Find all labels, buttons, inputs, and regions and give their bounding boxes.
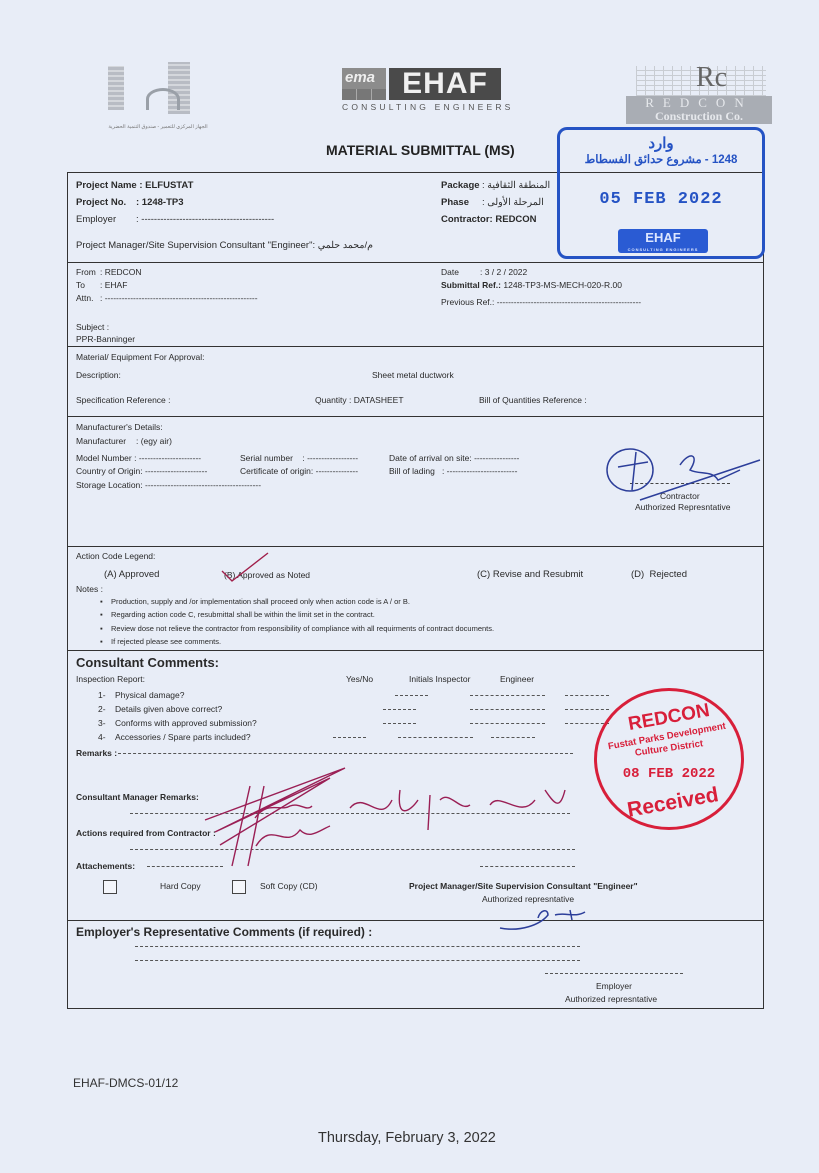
employer-value: : --------------------------------------… [136, 214, 274, 225]
manufacturer-value: : (egy air) [136, 436, 172, 446]
manager-remarks-label: Consultant Manager Remarks: [76, 792, 199, 802]
attn-value: : --------------------------------------… [100, 293, 258, 303]
field-line[interactable] [383, 709, 416, 710]
ehaf-subtitle: CONSULTING ENGINEERS [342, 102, 502, 112]
engineer-sign-subtitle: Authorized represntative [482, 894, 574, 904]
serial-row: Serial number : ------------------ [240, 453, 358, 463]
redcon-name: REDCON [626, 96, 772, 110]
field-line[interactable] [395, 695, 428, 696]
page-title: MATERIAL SUBMITTAL (MS) [326, 142, 515, 158]
certificate-row: Certificate of origin: --------------- [240, 466, 358, 476]
employer-sign-title: Employer [596, 981, 632, 991]
previous-ref-row: Previous Ref.: -------------------------… [441, 297, 641, 307]
contractor-sign-title: Contractor [660, 491, 700, 501]
action-code-heading: Action Code Legend: [76, 551, 155, 561]
divider [67, 650, 764, 651]
ehaf-mark: ema [342, 68, 386, 100]
project-number-label: Project No. [76, 197, 126, 208]
incoming-stamp: وارد 1248 - مشروع حدائق الفسطاط 05 FEB 2… [557, 127, 765, 259]
engineer-sign-title: Project Manager/Site Supervision Consult… [409, 881, 638, 891]
project-name-value: ELFUSTAT [145, 180, 193, 191]
field-line[interactable] [398, 737, 473, 738]
model-row: Model Number : ---------------------- [76, 453, 201, 463]
field-line[interactable] [333, 737, 366, 738]
contractor-sign-subtitle: Authorized Represntative [635, 502, 730, 512]
employer-sign-subtitle: Authorized represntative [565, 994, 657, 1004]
field-line[interactable] [470, 709, 545, 710]
engineer-row: Project Manager/Site Supervision Consult… [76, 240, 373, 251]
to-label: To [76, 280, 85, 290]
subject-label: Subject : [76, 322, 109, 332]
divider [67, 416, 764, 417]
field-line[interactable] [470, 723, 545, 724]
quantity-value: DATASHEET [354, 395, 404, 405]
consultant-heading: Consultant Comments: [76, 655, 219, 670]
redcon-subname: Construction Co. [626, 110, 772, 123]
field-line[interactable] [491, 737, 535, 738]
action-code-a[interactable]: (A) Approved [104, 569, 159, 580]
soft-copy-checkbox[interactable] [232, 880, 246, 894]
package-value: : المنطقة الثقافية [482, 180, 550, 191]
inspection-label: Inspection Report: [76, 674, 145, 684]
redcon-mark: Rc [696, 62, 727, 94]
field-line[interactable] [470, 695, 545, 696]
redcon-logo: Rc REDCON Construction Co. [626, 66, 772, 124]
note-item: ▪ Regarding action code C, resubmittal s… [100, 610, 375, 619]
project-name-row: Project Name : ELFUSTAT [76, 180, 193, 191]
inspection-item: 3- Conforms with approved submission? [98, 718, 257, 728]
divider [67, 262, 764, 263]
actions-line[interactable] [130, 849, 575, 850]
submittal-ref-value: 1248-TP3-MS-MECH-020-R.00 [503, 280, 622, 290]
engineer-value: م/محمد حلمي [318, 240, 373, 251]
storage-row: Storage Location: ----------------------… [76, 480, 261, 490]
attachments-label: Attachements: [76, 861, 135, 871]
subject-value: PPR-Banninger [76, 334, 135, 344]
nucа-logo: الجهاز المركزي للتعمير - صندوق التنمية ا… [88, 62, 218, 130]
lading-row: Bill of lading : -----------------------… [389, 466, 517, 476]
description-value: Sheet metal ductwork [372, 370, 454, 380]
field-line[interactable] [565, 695, 609, 696]
employer-heading: Employer's Representative Comments (if r… [76, 925, 372, 939]
phase-label: Phase [441, 197, 469, 208]
attachments-line[interactable] [147, 866, 223, 867]
material-heading: Material/ Equipment For Approval: [76, 352, 205, 362]
remarks-line[interactable] [118, 753, 573, 754]
from-label: From [76, 267, 96, 277]
action-code-d[interactable]: (D) Rejected [631, 569, 687, 580]
submittal-ref-row: Submittal Ref.: 1248-TP3-MS-MECH-020-R.0… [441, 280, 622, 290]
received-stamp: REDCON Fustat Parks Development Culture … [594, 688, 744, 830]
manufacturer-label: Manufacturer [76, 436, 126, 446]
phase-value: : المرحلة الأولى [482, 197, 544, 208]
date-value: : 3 / 2 / 2022 [480, 267, 527, 277]
employer-signature-line [545, 973, 683, 974]
spec-ref-label: Specification Reference : [76, 395, 171, 405]
ehaf-wordmark: EHAF [389, 68, 501, 100]
project-number-value: : 1248-TP3 [136, 197, 184, 208]
origin-row: Country of Origin: ---------------------… [76, 466, 207, 476]
inspection-item: 2- Details given above correct? [98, 704, 222, 714]
divider [67, 920, 764, 921]
date-label: Date [441, 267, 459, 277]
divider [67, 346, 764, 347]
employer-label: Employer [76, 214, 116, 225]
stamp-incoming-date: 05 FEB 2022 [560, 190, 762, 209]
stamp-project-line: 1248 - مشروع حدائق الفسطاط [560, 152, 762, 166]
document-page: الجهاز المركزي للتعمير - صندوق التنمية ا… [0, 0, 819, 1173]
note-item: ▪ Review dose not relieve the contractor… [100, 624, 494, 633]
note-item: ▪ Production, supply and /or implementat… [100, 597, 410, 606]
col-yes-no: Yes/No [346, 674, 373, 684]
received-stamp-date: 08 FEB 2022 [597, 766, 741, 782]
manager-remarks-line[interactable] [130, 813, 570, 814]
package-label: Package [441, 180, 480, 191]
attn-label: Attn. [76, 293, 93, 303]
stamp-incoming-word: وارد [560, 134, 762, 152]
remarks-label: Remarks : [76, 748, 117, 758]
employer-comment-line[interactable] [135, 960, 580, 961]
notes-label: Notes : [76, 584, 103, 594]
from-value: : REDCON [100, 267, 142, 277]
action-code-b[interactable]: (B) Approved as Noted [224, 570, 310, 580]
inspection-item: 4- Accessories / Spare parts included? [98, 732, 251, 742]
employer-comment-line[interactable] [135, 946, 580, 947]
field-line[interactable] [565, 709, 609, 710]
stamp-ehaf-badge: EHAFCONSULTING ENGINEERS [618, 229, 708, 253]
description-label: Description: [76, 370, 121, 380]
actions-label: Actions required from Contractor : [76, 828, 216, 838]
contractor-signature-line [630, 483, 730, 484]
quantity-row: Quantity : DATASHEET [315, 395, 404, 405]
col-engineer: Engineer [500, 674, 534, 684]
left-logo-caption: الجهاز المركزي للتعمير - صندوق التنمية ا… [88, 124, 228, 130]
manufacturer-heading: Manufacturer's Details: [76, 422, 163, 432]
print-date: Thursday, February 3, 2022 [318, 1130, 496, 1146]
inspection-item: 1- Physical damage? [98, 690, 184, 700]
col-initials-inspector: Initials Inspector [409, 674, 470, 684]
soft-copy-label: Soft Copy (CD) [260, 881, 318, 891]
contractor-row: Contractor: REDCON [441, 214, 537, 225]
hard-copy-checkbox[interactable] [103, 880, 117, 894]
divider [67, 546, 764, 547]
note-item: ▪ If rejected please see comments. [100, 637, 221, 646]
to-value: : EHAF [100, 280, 127, 290]
arrival-row: Date of arrival on site: ---------------… [389, 453, 519, 463]
hard-copy-label: Hard Copy [160, 881, 201, 891]
boq-ref-label: Bill of Quantities Reference : [479, 395, 587, 405]
engineer-signature-line [480, 866, 575, 867]
field-line[interactable] [383, 723, 416, 724]
ehaf-logo: ema EHAF CONSULTING ENGINEERS [342, 68, 502, 112]
contractor-value: REDCON [495, 214, 536, 225]
form-code: EHAF-DMCS-01/12 [73, 1076, 178, 1090]
action-code-c[interactable]: (C) Revise and Resubmit [477, 569, 583, 580]
